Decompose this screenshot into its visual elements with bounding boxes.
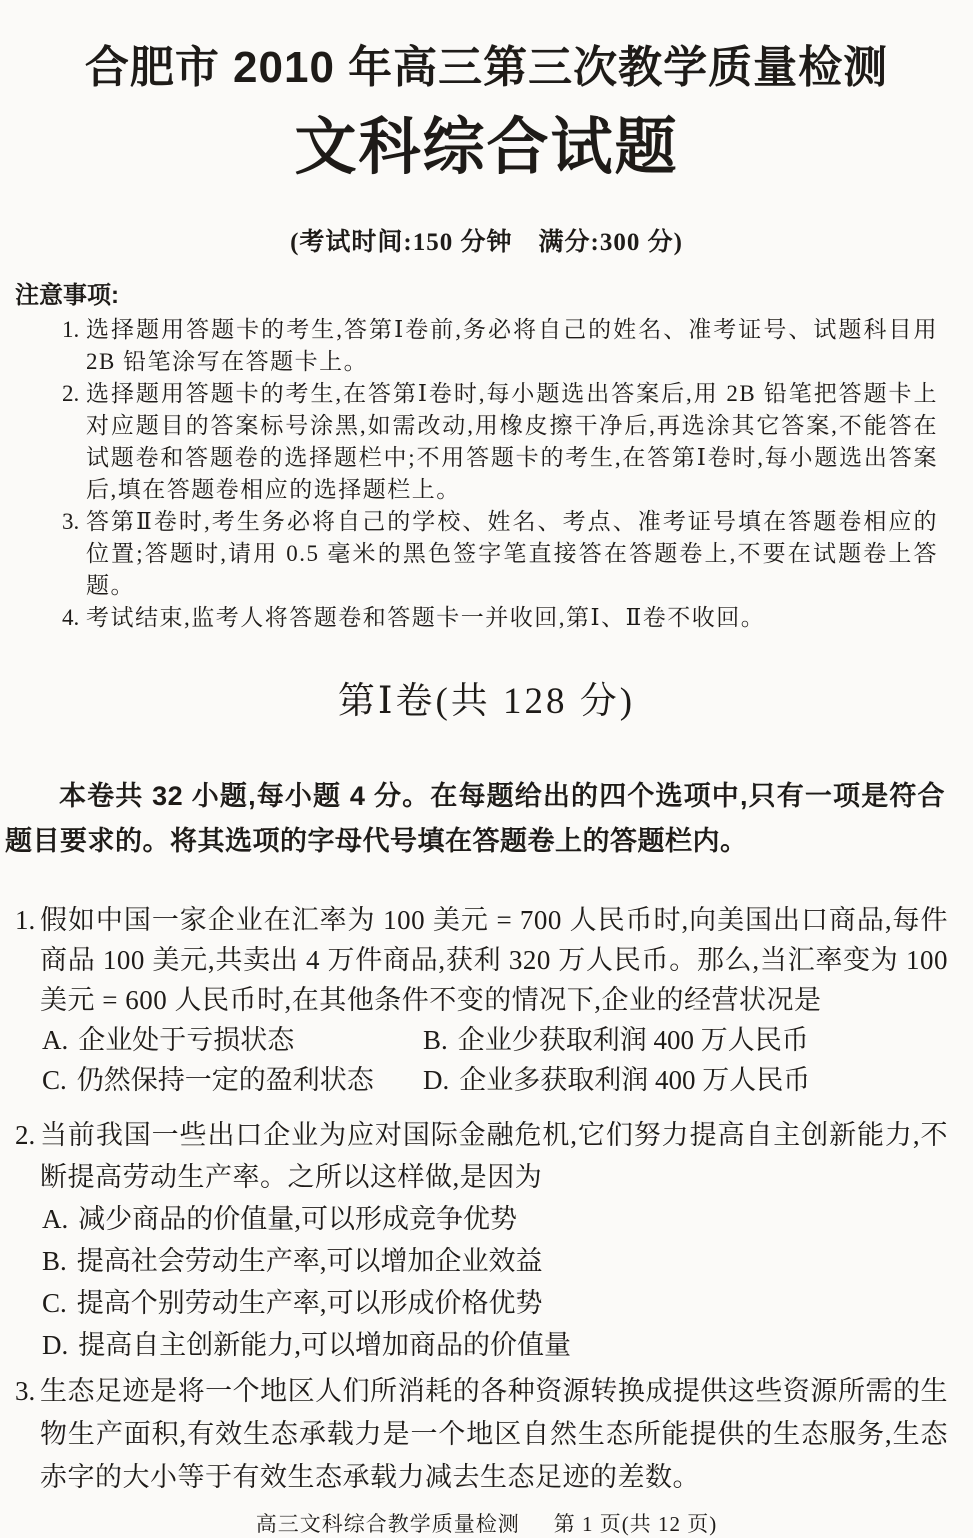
option-text: 企业处于亏损状态	[78, 1025, 294, 1055]
notice-section: 注意事项: 1. 选择题用答题卡的考生,答第Ⅰ卷前,务必将自己的姓名、准考证号、…	[0, 282, 973, 634]
notice-item-1: 1. 选择题用答题卡的考生,答第Ⅰ卷前,务必将自己的姓名、准考证号、试题科目用 …	[62, 314, 938, 378]
notice-item-number: 2.	[62, 378, 86, 506]
notice-heading: 注意事项:	[15, 282, 973, 310]
section1-intro: 本卷共 32 小题,每小题 4 分。在每题给出的四个选项中,只有一项是符合题目要…	[5, 774, 945, 864]
page-title: 合肥市 2010 年高三第三次教学质量检测	[0, 42, 973, 94]
option-label: D.	[423, 1065, 449, 1095]
option-label: A.	[42, 1025, 68, 1055]
notice-item-2: 2. 选择题用答题卡的考生,在答第Ⅰ卷时,每小题选出答案后,用 2B 铅笔把答题…	[62, 378, 938, 506]
option-label: B.	[423, 1025, 448, 1055]
question-1: 1. 假如中国一家企业在汇率为 100 美元 = 700 人民币时,向美国出口商…	[15, 900, 948, 1100]
question-number: 3.	[15, 1370, 40, 1499]
option-label: D.	[42, 1330, 68, 1360]
option-text: 仍然保持一定的盈利状态	[77, 1065, 374, 1095]
notice-item-4: 4. 考试结束,监考人将答题卷和答题卡一并收回,第Ⅰ、Ⅱ卷不收回。	[62, 602, 938, 634]
footer-doc-label: 高三文科综合教学质量检测	[256, 1512, 520, 1536]
question-1-options: A.企业处于亏损状态 B.企业少获取利润 400 万人民币 C.仍然保持一定的盈…	[42, 1020, 948, 1100]
page-footer: 高三文科综合教学质量检测第 1 页(共 12 页)	[0, 1511, 973, 1537]
option-a: A.企业处于亏损状态	[42, 1020, 423, 1060]
notice-item-number: 1.	[62, 314, 86, 378]
option-label: B.	[42, 1246, 67, 1276]
option-d: D.提高自主创新能力,可以增加商品的价值量	[42, 1324, 948, 1366]
option-text: 减少商品的价值量,可以形成竞争优势	[78, 1204, 517, 1234]
question-body: 生态足迹是将一个地区人们所消耗的各种资源转换成提供这些资源所需的生物生产面积,有…	[40, 1370, 948, 1499]
option-text: 提高社会劳动生产率,可以增加企业效益	[77, 1246, 543, 1276]
option-text: 提高自主创新能力,可以增加商品的价值量	[78, 1330, 571, 1360]
exam-paper-page: 合肥市 2010 年高三第三次教学质量检测 文科综合试题 (考试时间:150 分…	[0, 0, 973, 1538]
question-body: 假如中国一家企业在汇率为 100 美元 = 700 人民币时,向美国出口商品,每…	[40, 900, 948, 1100]
exam-info-line: (考试时间:150 分钟 满分:300 分)	[0, 228, 973, 258]
question-number: 1.	[15, 900, 40, 1100]
notice-item-text: 选择题用答题卡的考生,在答第Ⅰ卷时,每小题选出答案后,用 2B 铅笔把答题卡上对…	[86, 378, 938, 506]
option-label: C.	[42, 1288, 67, 1318]
section1-heading: 第Ⅰ卷(共 128 分)	[0, 676, 973, 728]
notice-item-text: 答第Ⅱ卷时,考生务必将自己的学校、姓名、考点、准考证号填在答题卷相应的位置;答题…	[86, 506, 938, 602]
option-text: 企业多获取利润 400 万人民币	[459, 1065, 810, 1095]
question-2: 2. 当前我国一些出口企业为应对国际金融危机,它们努力提高自主创新能力,不断提高…	[15, 1114, 948, 1366]
notice-list: 1. 选择题用答题卡的考生,答第Ⅰ卷前,务必将自己的姓名、准考证号、试题科目用 …	[62, 314, 938, 634]
question-number: 2.	[15, 1114, 40, 1366]
notice-item-number: 3.	[62, 506, 86, 602]
question-2-options: A.减少商品的价值量,可以形成竞争优势 B.提高社会劳动生产率,可以增加企业效益…	[42, 1198, 948, 1366]
option-label: A.	[42, 1204, 68, 1234]
footer-page-label: 第 1 页(共 12 页)	[554, 1512, 718, 1536]
question-text: 生态足迹是将一个地区人们所消耗的各种资源转换成提供这些资源所需的生物生产面积,有…	[40, 1370, 948, 1499]
option-c: C.仍然保持一定的盈利状态	[42, 1060, 423, 1100]
notice-item-number: 4.	[62, 602, 86, 634]
option-b: B.提高社会劳动生产率,可以增加企业效益	[42, 1240, 948, 1282]
question-text: 当前我国一些出口企业为应对国际金融危机,它们努力提高自主创新能力,不断提高劳动生…	[40, 1114, 948, 1198]
question-body: 当前我国一些出口企业为应对国际金融危机,它们努力提高自主创新能力,不断提高劳动生…	[40, 1114, 948, 1366]
option-d: D.企业多获取利润 400 万人民币	[423, 1060, 948, 1100]
question-text: 假如中国一家企业在汇率为 100 美元 = 700 人民币时,向美国出口商品,每…	[40, 900, 948, 1020]
question-3: 3. 生态足迹是将一个地区人们所消耗的各种资源转换成提供这些资源所需的生物生产面…	[15, 1370, 948, 1499]
option-a: A.减少商品的价值量,可以形成竞争优势	[42, 1198, 948, 1240]
option-text: 企业少获取利润 400 万人民币	[458, 1025, 809, 1055]
page-subtitle: 文科综合试题	[0, 110, 973, 186]
notice-item-text: 选择题用答题卡的考生,答第Ⅰ卷前,务必将自己的姓名、准考证号、试题科目用 2B …	[86, 314, 938, 378]
option-c: C.提高个别劳动生产率,可以形成价格优势	[42, 1282, 948, 1324]
option-b: B.企业少获取利润 400 万人民币	[423, 1020, 948, 1060]
option-label: C.	[42, 1065, 67, 1095]
option-text: 提高个别劳动生产率,可以形成价格优势	[77, 1288, 543, 1318]
notice-item-3: 3. 答第Ⅱ卷时,考生务必将自己的学校、姓名、考点、准考证号填在答题卷相应的位置…	[62, 506, 938, 602]
notice-item-text: 考试结束,监考人将答题卷和答题卡一并收回,第Ⅰ、Ⅱ卷不收回。	[86, 602, 938, 634]
